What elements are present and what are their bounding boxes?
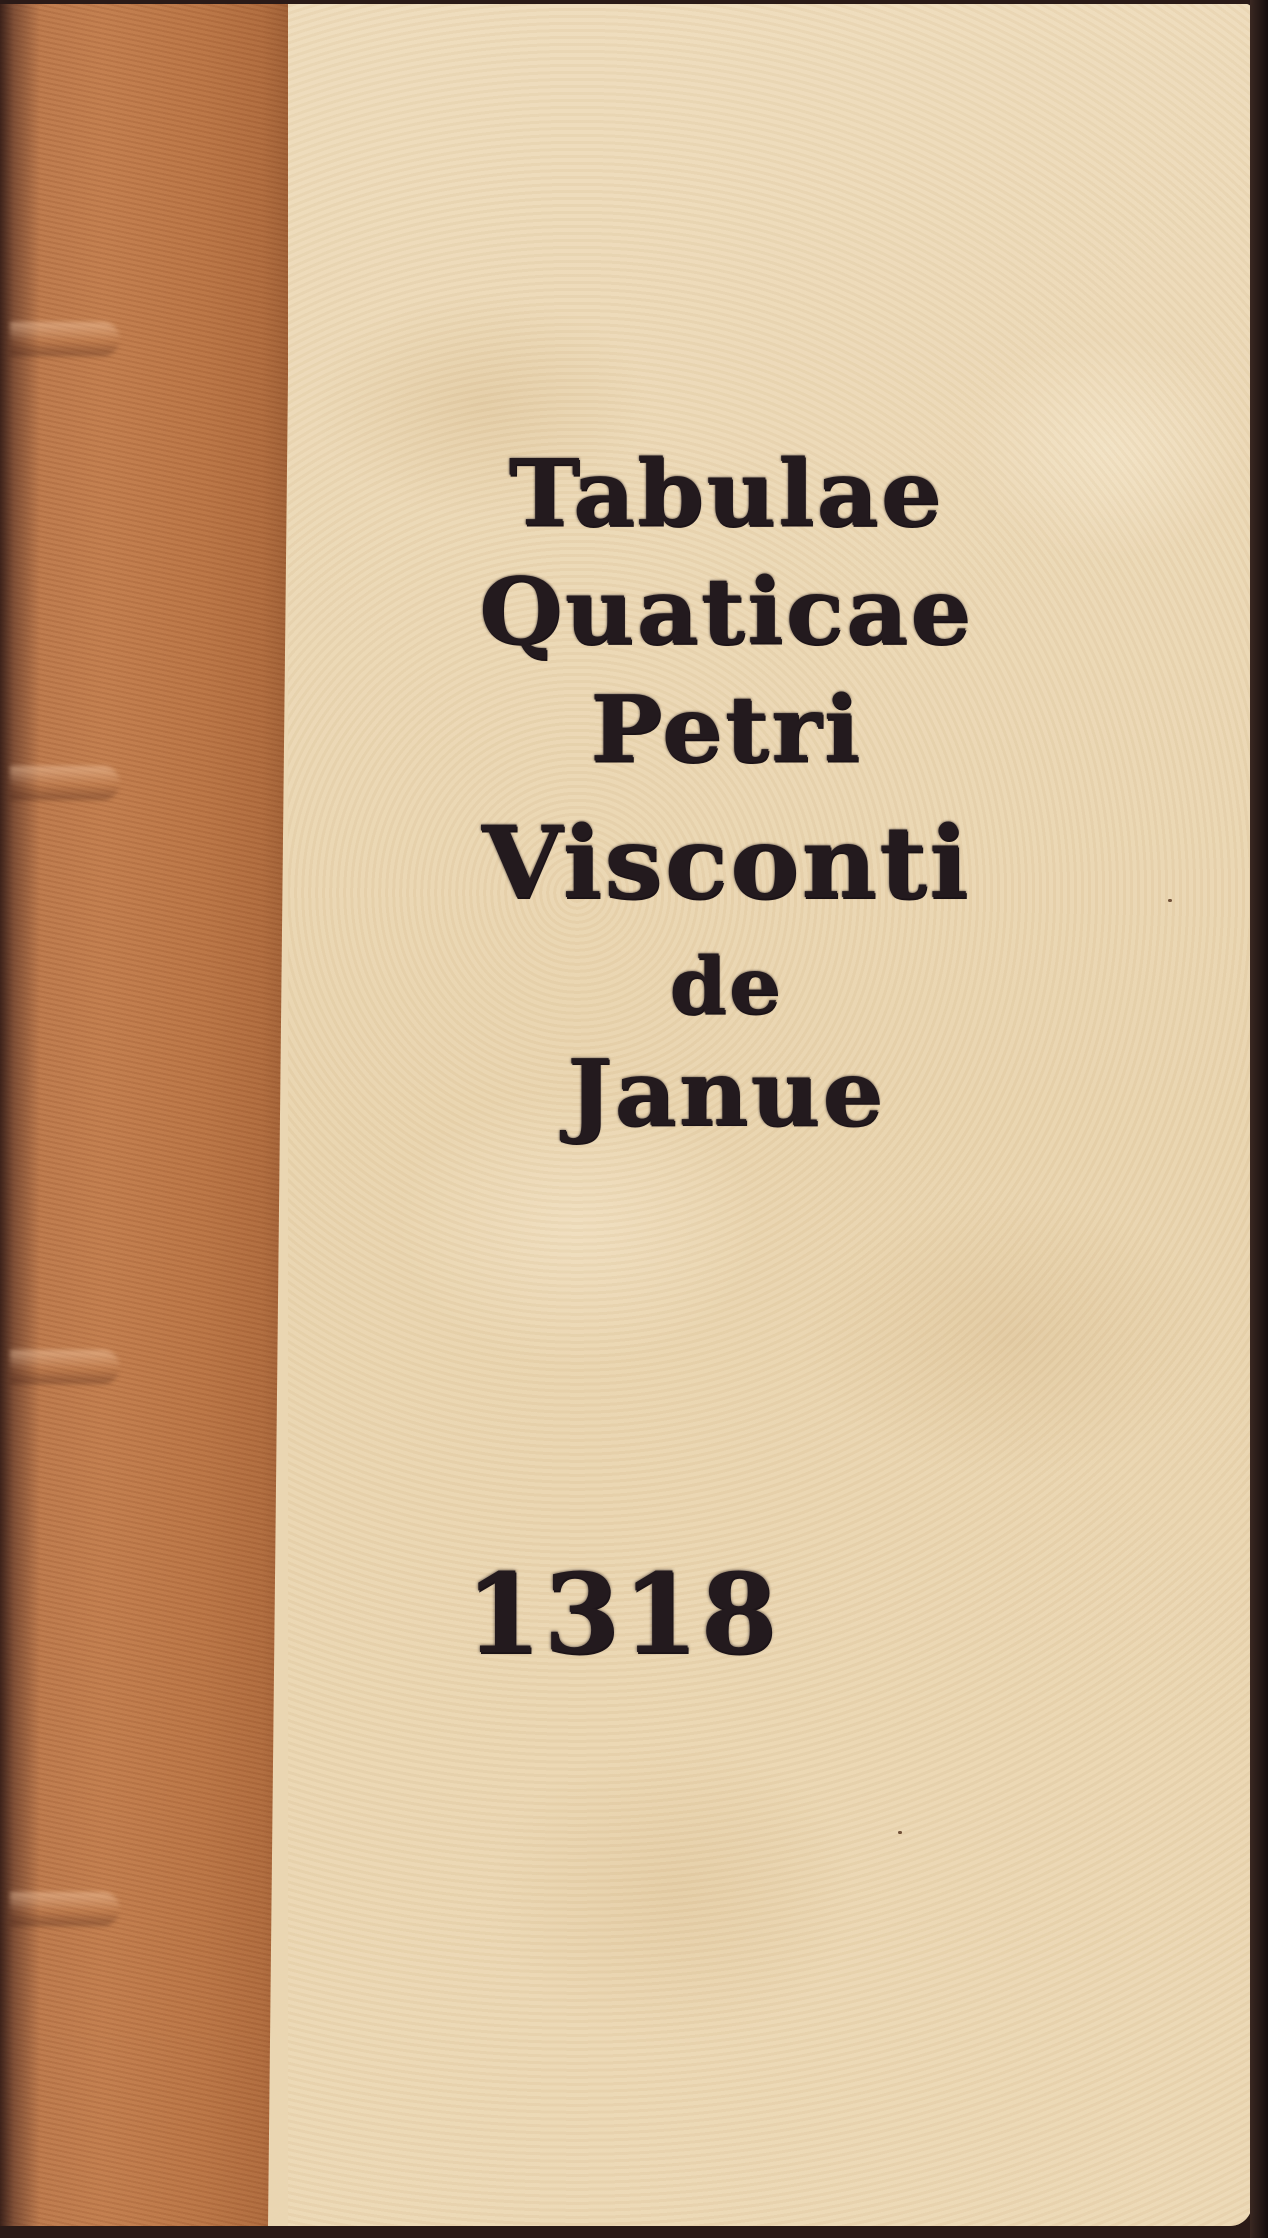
title-line-4: Visconti bbox=[244, 792, 1208, 935]
title-line-6: Janue bbox=[244, 1037, 1208, 1149]
paper-speck bbox=[898, 1831, 902, 1834]
title-line-5: de bbox=[244, 940, 1208, 1031]
spine-band bbox=[10, 766, 120, 800]
title-line-1: Tabulae bbox=[244, 437, 1208, 549]
cover-date: 1318 bbox=[140, 1549, 1104, 1678]
title-line-3: Petri bbox=[244, 673, 1208, 785]
background-edge bbox=[1250, 0, 1268, 2238]
spine-band bbox=[10, 322, 120, 356]
title-line-2: Quaticae bbox=[244, 555, 1208, 667]
spine-band bbox=[10, 1892, 120, 1926]
cover-title: Tabulae Quaticae Petri Visconti de Janue bbox=[288, 434, 1252, 1152]
book-cover: Tabulae Quaticae Petri Visconti de Janue… bbox=[0, 4, 1252, 2226]
spine-band bbox=[10, 1350, 120, 1384]
